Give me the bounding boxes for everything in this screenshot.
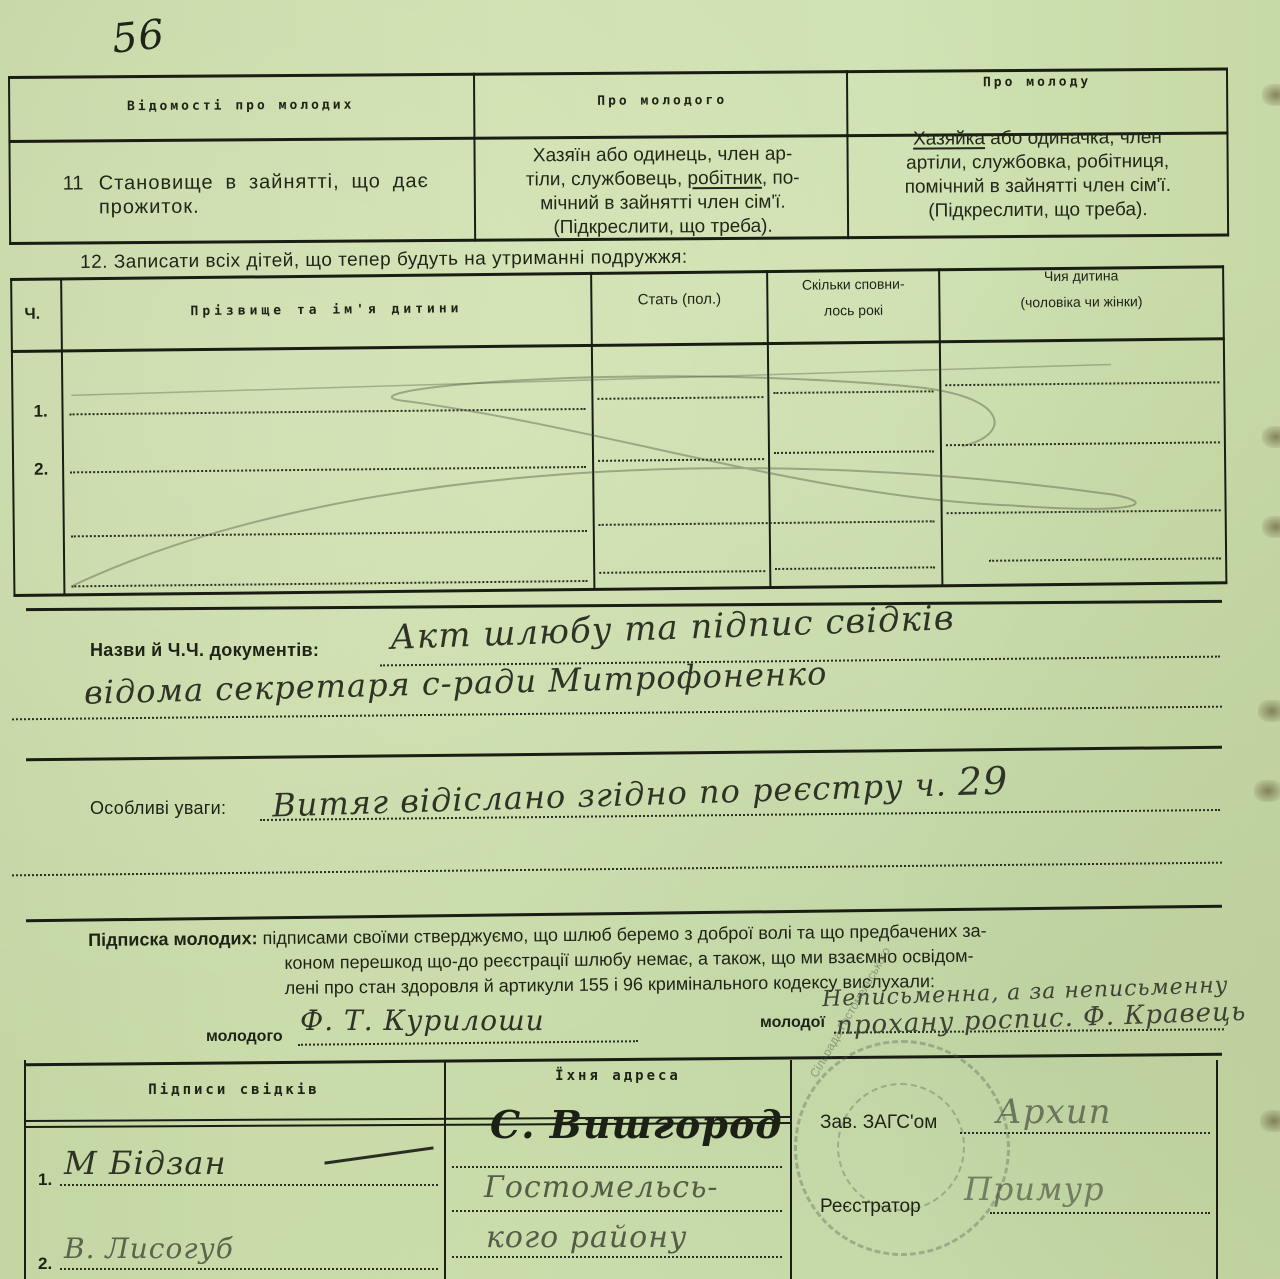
header-info-about-couple: Відомості про молодих (8, 97, 473, 115)
groom-signature-label: молодого (206, 1028, 283, 1046)
witness-1-signature: М Бідзан (64, 1144, 227, 1182)
binding-hole-stain (1262, 84, 1280, 106)
zags-head-label: Зав. ЗАГС'ом (820, 1112, 937, 1134)
declaration-label: Підписка молодих: (88, 928, 258, 950)
binding-hole-stain (1258, 700, 1280, 722)
row-11-label: Становище в зайнятті, що дає прожиток. (99, 169, 429, 219)
row-number: 2. (38, 1254, 52, 1274)
binding-hole-stain (1262, 426, 1280, 448)
section-11-table: Відомості про молодих Про молодого Про м… (8, 67, 1229, 246)
bride-selected-occupation: Хазяйка (913, 128, 985, 150)
witness-address-line-2: Гостомельсь- (484, 1170, 719, 1205)
witness-row-1: 1. М Бідзан (24, 1140, 444, 1200)
witness-address-line-1: С. Вишгород (490, 1102, 783, 1147)
bride-signature-label: молодої (760, 1014, 825, 1032)
column-whose-child: Чия дитина (чоловіка чи жінки) (940, 261, 1223, 316)
special-notes-label: Особливі уваги: (90, 798, 226, 819)
header-witness-signatures: Підписи свідків (24, 1082, 444, 1098)
page-number: 56 (110, 11, 167, 62)
crossout-scribble (11, 343, 1227, 596)
row-11-number: 11 (63, 171, 84, 195)
column-sex: Стать (пол.) (592, 290, 766, 309)
column-number: Ч. (24, 306, 40, 324)
bride-occupation-options: Хазяйка або одиначка, член артіли, служб… (854, 126, 1221, 225)
register-number: 29 (957, 758, 1009, 804)
groom-signature-field[interactable] (298, 1040, 638, 1046)
zags-head-signature: Архип (996, 1092, 1111, 1132)
official-stamp: Сільрада Гостомельського (794, 1040, 1010, 1256)
header-about-bride: Про молоду (848, 73, 1226, 91)
groom-occupation-options: Хазяїн або одинець, член ар- тіли, служб… (486, 142, 839, 240)
zags-head-signature-field[interactable] (960, 1132, 1210, 1134)
witness-row-2: 2. В. Лисогуб (24, 1226, 444, 1279)
witness-address-line-3: кого району (486, 1220, 687, 1255)
children-table: Ч. Прізвище та ім'я дитини Стать (пол.) … (10, 253, 1227, 606)
row-number: 1. (38, 1170, 52, 1190)
binding-hole-stain (1262, 516, 1280, 538)
header-about-groom: Про молодого (478, 92, 846, 110)
witnesses-table: Підписи свідків Їхня адреса 1. М Бідзан … (24, 1060, 1234, 1279)
binding-hole-stain (1254, 780, 1280, 802)
registrar-signature-field[interactable] (990, 1212, 1210, 1214)
column-age: Скільки сповни- лось рокі (768, 270, 939, 324)
groom-selected-occupation: робітник (687, 168, 762, 190)
column-child-name: Прізвище та ім'я дитини (62, 300, 590, 321)
witness-2-signature: В. Лисогуб (64, 1232, 234, 1265)
documents-label: Назви й Ч.Ч. документів: (90, 640, 319, 661)
witness-signature-field[interactable] (60, 1268, 438, 1270)
header-witness-address: Їхня адреса (446, 1068, 790, 1084)
registrar-signature: Примур (964, 1170, 1105, 1208)
witness-signature-field[interactable] (60, 1184, 438, 1186)
registrar-label: Реєстратор (820, 1196, 921, 1218)
groom-signature: Ф. Т. Курилоши (300, 1004, 545, 1037)
binding-hole-stain (1260, 1110, 1280, 1132)
